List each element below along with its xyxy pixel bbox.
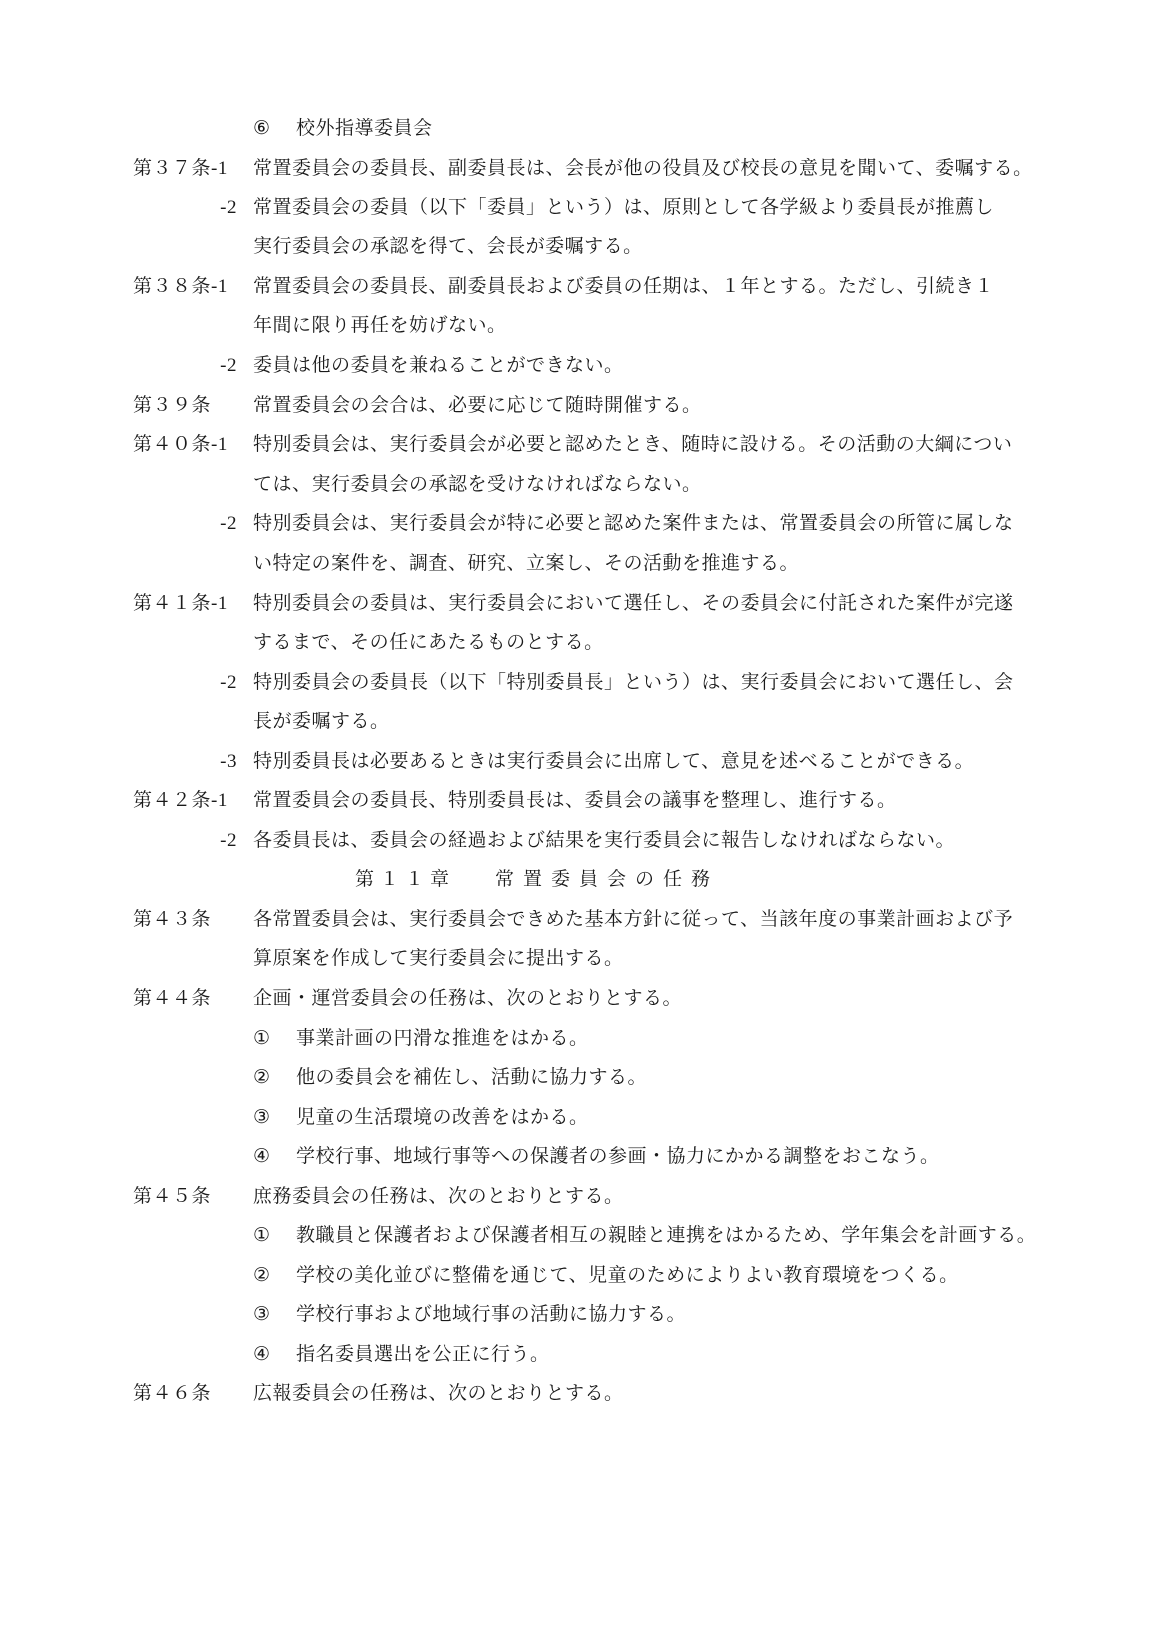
article-text: 庶務委員会の任務は、次のとおりとする。 [253, 1182, 624, 1212]
continuation-text: ては、実行委員会の承認を受けなければならない。 [253, 470, 702, 500]
item-number: ① [253, 1024, 271, 1054]
continuation-text: するまで、その任にあたるものとする。 [253, 628, 604, 658]
item-text: 他の委員会を補佐し、活動に協力する。 [296, 1063, 647, 1093]
item-text: 指名委員選出を公正に行う。 [296, 1340, 550, 1370]
item-text: 校外指導委員会 [296, 114, 433, 144]
subclause-text: 特別委員会の委員長（以下「特別委員長」という）は、実行委員会において選任し、会 [253, 668, 1014, 698]
item-number: ④ [253, 1340, 271, 1370]
subclause-text: 特別委員会は、実行委員会が特に必要と認めた案件または、常置委員会の所管に属しな [253, 509, 1014, 539]
article-label: 第４４条 [133, 984, 211, 1014]
item-text: 学校の美化並びに整備を通じて、児童のためによりよい教育環境をつくる。 [296, 1261, 959, 1291]
document-page: ⑥ 校外指導委員会 第３７条-1 常置委員会の委員長、副委員長は、会長が他の役員… [0, 0, 1170, 1648]
subclause-label: -2 [133, 193, 237, 223]
article-label: 第４６条 [133, 1379, 211, 1409]
item-text: 学校行事および地域行事の活動に協力する。 [296, 1300, 686, 1330]
article-label: 第３７条-1 [133, 154, 228, 184]
item-number: ③ [253, 1103, 271, 1133]
article-text: 常置委員会の委員長、特別委員長は、委員会の議事を整理し、進行する。 [253, 786, 897, 816]
chapter-number: 第１１章 [355, 869, 455, 890]
continuation-text: い特定の案件を、調査、研究、立案し、その活動を推進する。 [253, 549, 799, 579]
continuation-text: 年間に限り再任を妨げない。 [253, 311, 507, 341]
article-label: 第４１条-1 [133, 589, 228, 619]
article-text: 特別委員会は、実行委員会が必要と認めたとき、随時に設ける。その活動の大綱につい [253, 430, 1012, 460]
article-label: 第４５条 [133, 1182, 211, 1212]
item-number: ④ [253, 1142, 271, 1172]
item-text: 事業計画の円滑な推進をはかる。 [296, 1024, 589, 1054]
item-number: ② [253, 1063, 271, 1093]
item-number: ② [253, 1261, 271, 1291]
article-text: 特別委員会の委員は、実行委員会において選任し、その委員会に付託された案件が完遂 [253, 589, 1014, 619]
article-text: 常置委員会の委員長、副委員長および委員の任期は、１年とする。ただし、引続き１ [253, 272, 994, 302]
subclause-label: -2 [133, 509, 237, 539]
subclause-text: 特別委員長は必要あるときは実行委員会に出席して、意見を述べることができる。 [253, 747, 974, 777]
item-number: ① [253, 1221, 271, 1251]
continuation-text: 長が委嘱する。 [253, 707, 390, 737]
article-label: 第４２条-1 [133, 786, 228, 816]
subclause-text: 常置委員会の委員（以下「委員」という）は、原則として各学級より委員長が推薦し [253, 193, 994, 223]
chapter-name: 常置委員会の任務 [495, 869, 719, 890]
article-label: 第３８条-1 [133, 272, 228, 302]
item-text: 児童の生活環境の改善をはかる。 [296, 1103, 589, 1133]
subclause-text: 委員は他の委員を兼ねることができない。 [253, 351, 624, 381]
article-text: 各常置委員会は、実行委員会できめた基本方針に従って、当該年度の事業計画および予 [253, 905, 1013, 935]
subclause-label: -2 [133, 826, 237, 856]
subclause-label: -2 [133, 351, 237, 381]
continuation-text: 実行委員会の承認を得て、会長が委嘱する。 [253, 232, 643, 262]
article-text: 常置委員会の会合は、必要に応じて随時開催する。 [253, 391, 702, 421]
item-text: 学校行事、地域行事等への保護者の参画・協力にかかる調整をおこなう。 [296, 1142, 940, 1172]
item-text: 教職員と保護者および保護者相互の親睦と連携をはかるため、学年集会を計画する。 [296, 1221, 1036, 1251]
subclause-text: 各委員長は、委員会の経過および結果を実行委員会に報告しなければならない。 [253, 826, 955, 856]
item-number: ⑥ [253, 114, 271, 144]
chapter-title: 第１１章常置委員会の任務 [355, 865, 719, 895]
article-text: 常置委員会の委員長、副委員長は、会長が他の役員及び校長の意見を聞いて、委嘱する。 [253, 154, 1033, 184]
item-number: ③ [253, 1300, 271, 1330]
article-label: 第３９条 [133, 391, 211, 421]
article-text: 企画・運営委員会の任務は、次のとおりとする。 [253, 984, 682, 1014]
article-text: 広報委員会の任務は、次のとおりとする。 [253, 1379, 624, 1409]
continuation-text: 算原案を作成して実行委員会に提出する。 [253, 944, 624, 974]
article-label: 第４０条-1 [133, 430, 228, 460]
subclause-label: -3 [133, 747, 237, 777]
article-label: 第４３条 [133, 905, 211, 935]
subclause-label: -2 [133, 668, 237, 698]
